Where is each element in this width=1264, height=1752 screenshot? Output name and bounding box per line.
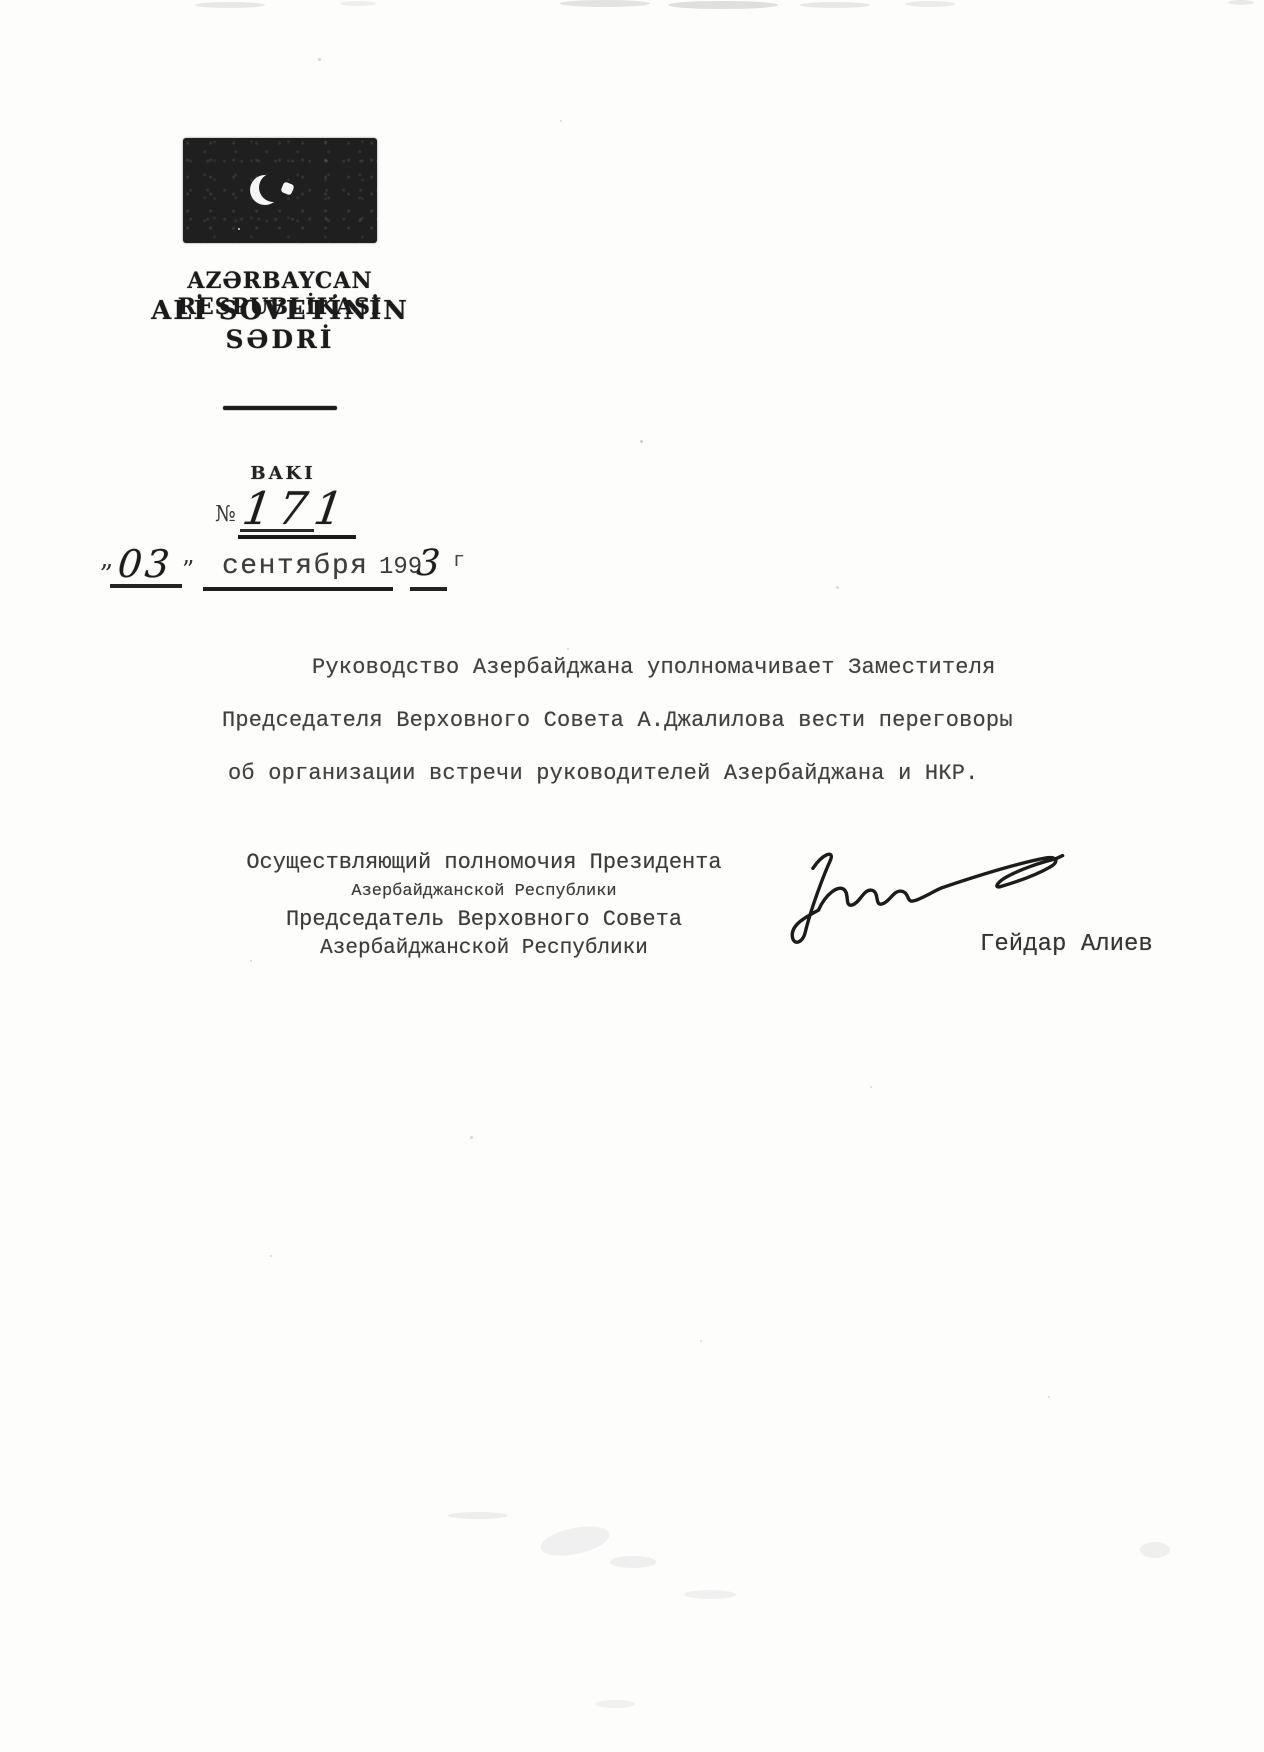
signature-capacity-block: Осуществляющий полномочия Президента Азе… xyxy=(244,850,724,960)
scan-speck xyxy=(700,1340,702,1342)
scan-smudge xyxy=(905,1,955,7)
capacity-line: Азербайджанской Республики xyxy=(244,882,724,901)
body-text-line: Руководство Азербайджана уполномачивает … xyxy=(312,655,996,680)
scan-smudge xyxy=(595,1700,635,1708)
scan-smudge xyxy=(448,1512,508,1519)
flag-emblem xyxy=(183,138,377,243)
scan-speck xyxy=(270,1255,272,1257)
scan-speck xyxy=(640,440,643,443)
scan-smudge xyxy=(1228,0,1254,5)
scan-smudge xyxy=(800,2,870,8)
date-open-quote: „ xyxy=(100,544,113,574)
scan-smudge xyxy=(538,1521,612,1561)
scan-speck xyxy=(318,58,321,61)
scan-smudge xyxy=(195,2,265,8)
scan-smudge xyxy=(1140,1542,1170,1558)
scan-speck xyxy=(470,1136,473,1139)
signer-name: Гейдар Алиев xyxy=(980,931,1153,958)
letterhead-org: ALİ SOVETİNİN xyxy=(90,296,470,326)
date-close-quote: ” xyxy=(182,556,194,584)
scan-smudge xyxy=(340,1,376,6)
scan-speck xyxy=(1048,1396,1050,1398)
number-underline xyxy=(240,529,314,532)
month-underline xyxy=(203,587,393,591)
scan-speck xyxy=(238,228,240,230)
body-text-line: Председателя Верховного Совета А.Джалило… xyxy=(222,708,1013,733)
year-underline xyxy=(410,587,447,591)
body-text-line: об организации встречи руководителей Азе… xyxy=(228,761,979,786)
number-underline-heavy xyxy=(238,535,356,539)
scan-smudge xyxy=(610,1556,656,1568)
scanned-letter-page: AZƏRBAYCAN RESPUBLİKASI ALİ SOVETİNİN SƏ… xyxy=(0,0,1264,1752)
scan-speck xyxy=(870,1086,872,1088)
letterhead-divider-rule xyxy=(223,406,337,410)
handwritten-day: 03 xyxy=(116,542,174,586)
capacity-line: Азербайджанской Республики xyxy=(244,937,724,960)
capacity-line: Осуществляющий полномочия Президента xyxy=(244,850,724,875)
city-label: BAKI xyxy=(193,463,373,484)
handwritten-document-number: 171 xyxy=(239,482,353,535)
scan-speck xyxy=(560,120,562,122)
letterhead-title: SƏDRİ xyxy=(90,325,470,354)
number-sign: № xyxy=(215,502,236,527)
year-suffix: г xyxy=(453,550,465,573)
scan-speck xyxy=(836,586,839,589)
day-underline xyxy=(110,584,182,588)
scan-smudge xyxy=(684,1590,736,1599)
scan-speck xyxy=(250,960,252,962)
typed-month: сентября xyxy=(222,551,368,582)
handwritten-year-digit: 3 xyxy=(415,543,441,584)
capacity-line: Председатель Верховного Совета xyxy=(244,907,724,932)
scan-smudge xyxy=(560,0,650,7)
scan-smudge xyxy=(668,1,778,9)
scan-speck xyxy=(567,648,569,650)
